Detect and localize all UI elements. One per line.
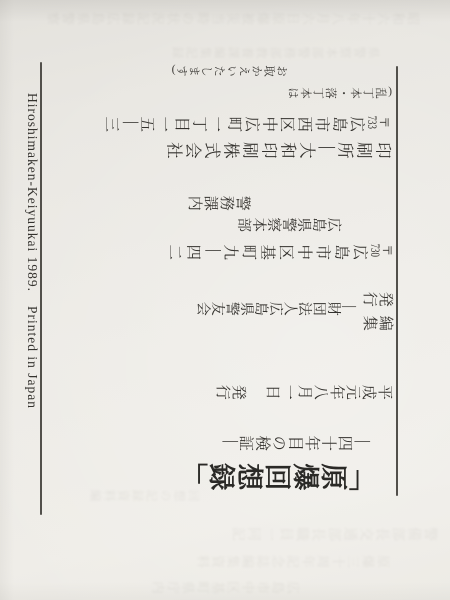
publication-date: 平成元年八月一日 xyxy=(265,383,393,399)
romanized-imprint-printed-in: Printed in Japan xyxy=(25,306,40,409)
rotated-page: 昭和六十年八月六日原爆被災当時の状況記録広島県警察 県警察本部警務部教養課編集記… xyxy=(0,0,450,600)
bleedthrough-line: 回想の記録資料編 xyxy=(88,487,200,504)
publisher-address-line3: 警務課内 xyxy=(187,193,251,209)
publisher-address-text: 広島市中区基町九―四二 xyxy=(165,242,369,259)
colophon-page-photo: 昭和六十年八月六日原爆被災当時の状況記録広島県警察 県警察本部警務部教養課編集記… xyxy=(0,0,450,600)
printer-postal-code: 733 xyxy=(366,115,378,129)
colophon-bottom-rule xyxy=(41,62,43,515)
bleedthrough-line: 昭和六十年八月六日原爆被災当時の状況記録広島県警察 xyxy=(45,8,420,27)
bleedthrough-line: 広島市中区基町県庁内 xyxy=(150,577,300,596)
book-title: 「原爆回想録」 xyxy=(180,460,376,488)
colophon-top-rule xyxy=(397,66,399,496)
printer-line: 印刷所―大和印刷株式会社 xyxy=(164,140,392,157)
romanized-imprint: Hiroshimaken-Keiyuukai 1989.Printed in J… xyxy=(24,93,40,409)
romanized-imprint-publisher-year: Hiroshimaken-Keiyuukai 1989. xyxy=(25,93,40,292)
publisher-label-edit: 編集 xyxy=(362,313,394,329)
postal-mark-symbol: 〒 xyxy=(378,115,390,129)
replacement-note-line2: お取かえいたします) xyxy=(171,64,288,76)
book-subtitle: ―四十年目の検証― xyxy=(222,433,371,449)
replacement-note-line1: (乱丁本・落丁本は xyxy=(287,86,392,98)
bleedthrough-line: 警備部長交通部長職員一同記 xyxy=(230,522,438,542)
printer-address-text: 広島市西区中広町一丁目一五―三 xyxy=(103,114,366,131)
postal-mark-symbol: 〒 xyxy=(381,243,393,257)
publisher-postal-code: 730 xyxy=(369,243,381,257)
publisher-name: ―財団法人広島県警友会 xyxy=(197,299,357,314)
publisher-label-publish: 発行 xyxy=(362,289,394,305)
publisher-address: 〒730広島市中区基町九―四二 xyxy=(165,242,393,258)
publication-date-line: 平成元年八月一日発行 xyxy=(215,382,393,398)
bleedthrough-line: 原爆三十周年記念誌編集資料 xyxy=(195,551,390,570)
bleedthrough-line: 県警察本部警務部教養課編集記録 xyxy=(170,44,380,61)
publisher-address-line2: 広島県警察本部 xyxy=(237,215,342,230)
printer-address: 〒733広島市西区中広町一丁目一五―三 xyxy=(103,114,390,130)
issued-label: 発行 xyxy=(215,383,247,399)
